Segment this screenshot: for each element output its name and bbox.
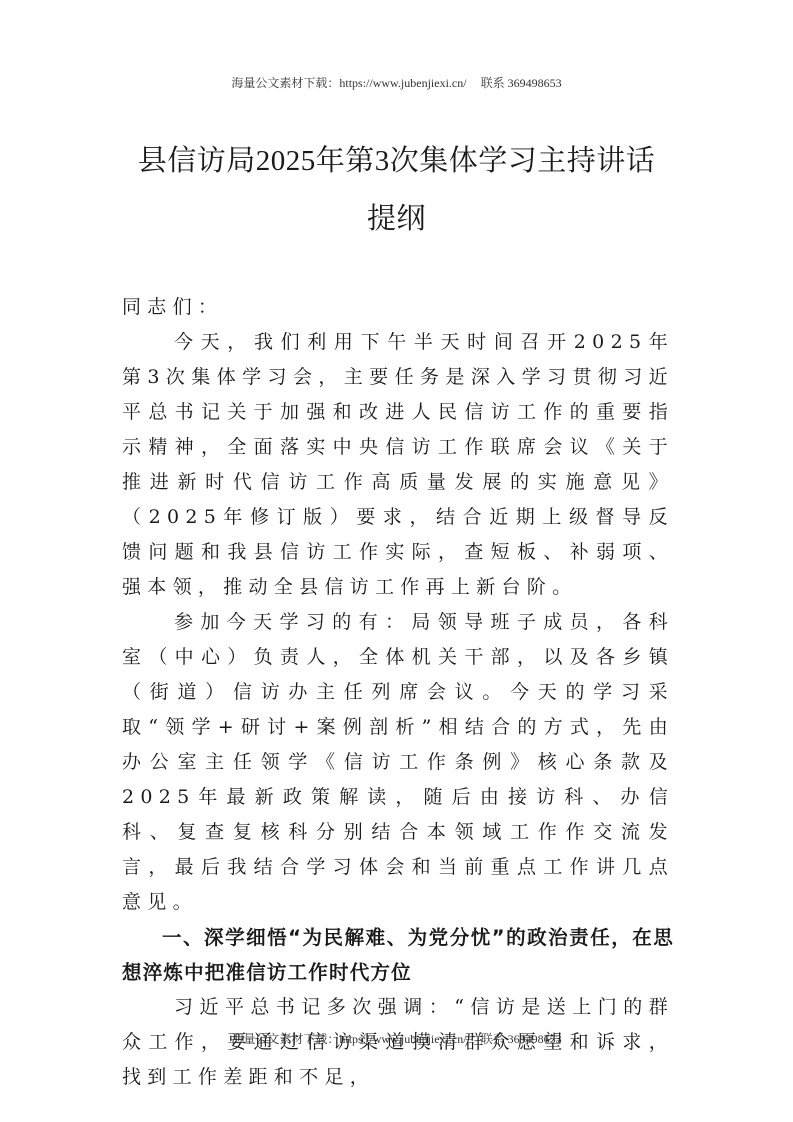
title-line-2: 提纲 (110, 190, 683, 248)
footer-contact: 联系 369498653 (481, 1032, 562, 1046)
page-footer: 海量公文素材下载：https://www.jubenjiexi.cn/联系 36… (0, 1030, 793, 1047)
salutation: 同志们： (122, 290, 674, 325)
header-label: 海量公文素材下载：https://www.jubenjiexi.cn/ (231, 76, 466, 90)
page-header: 海量公文素材下载：https://www.jubenjiexi.cn/联系 36… (0, 74, 793, 91)
document-title: 县信访局2025年第3次集体学习主持讲话 提纲 (110, 132, 683, 248)
paragraph-intro: 今天，我们利用下午半天时间召开2025年第3次集体学习会，主要任务是深入学习贯彻… (122, 325, 674, 605)
document-body: 同志们： 今天，我们利用下午半天时间召开2025年第3次集体学习会，主要任务是深… (122, 290, 674, 1095)
title-line-1: 县信访局2025年第3次集体学习主持讲话 (110, 132, 683, 190)
footer-label: 海量公文素材下载：https://www.jubenjiexi.cn/ (231, 1032, 466, 1046)
paragraph-attendees: 参加今天学习的有：局领导班子成员，各科室（中心）负责人，全体机关干部，以及各乡镇… (122, 605, 674, 920)
section-heading-1: 一、深学细悟“为民解难、为党分忧”的政治责任，在思想淬炼中把准信访工作时代方位 (122, 920, 674, 990)
header-contact: 联系 369498653 (481, 76, 562, 90)
